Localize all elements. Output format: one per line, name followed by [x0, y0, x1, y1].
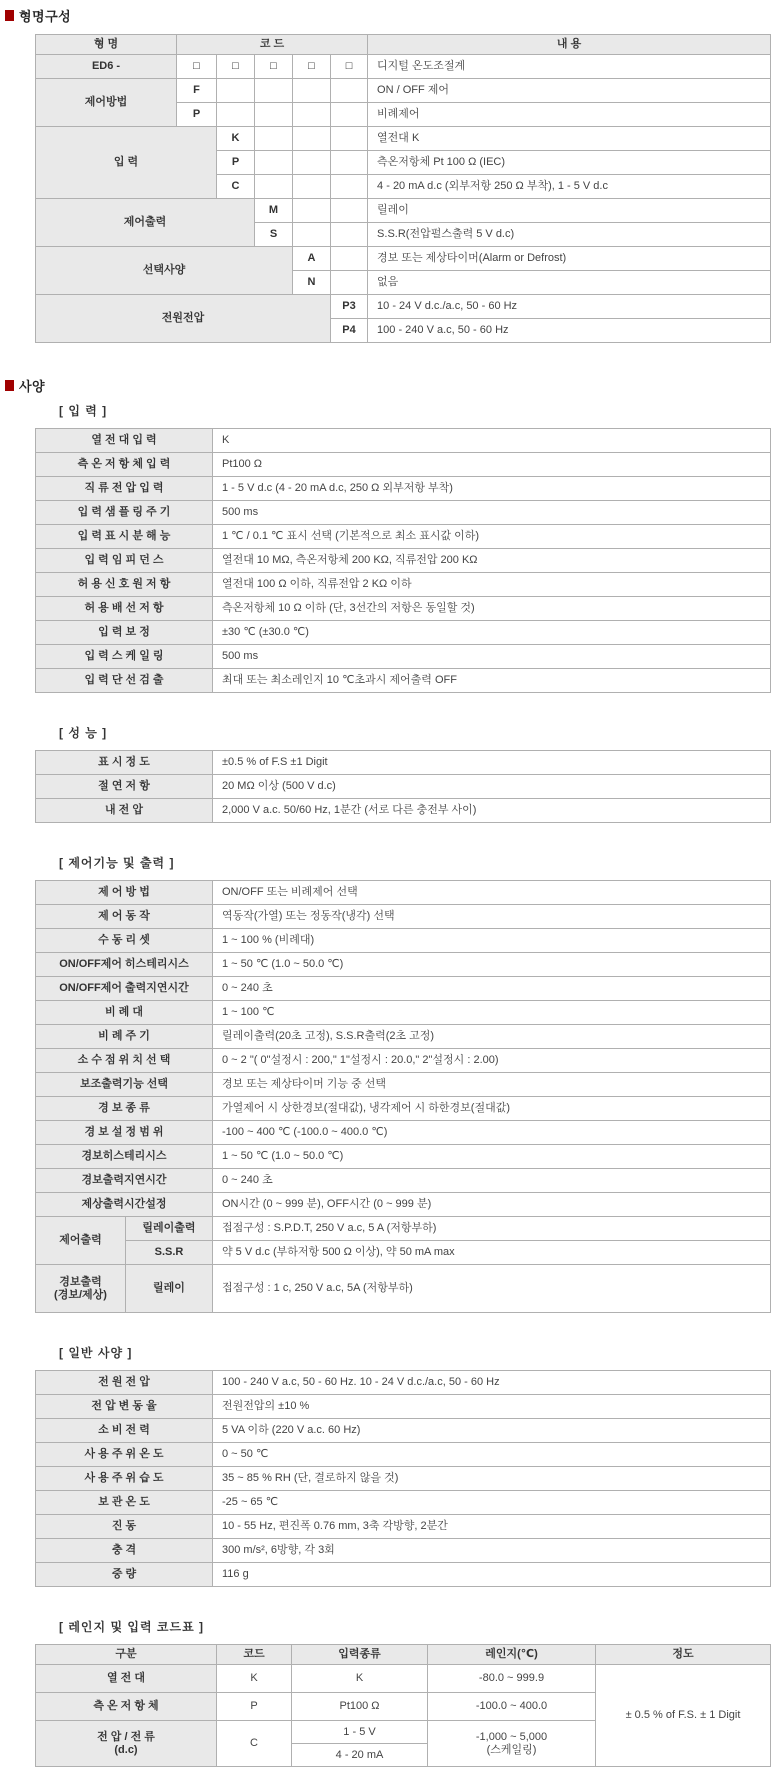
spec-row: 사 용 주 위 온 도0 ~ 50 ℃ — [36, 1443, 771, 1467]
model-group-label: 입 력 — [36, 127, 217, 199]
range-header-cell: 입력종류 — [292, 1645, 428, 1665]
performance-spec-table: 표 시 정 도±0.5 % of F.S ±1 Digit절 연 저 항20 M… — [35, 750, 771, 823]
model-group-label: 제어방법 — [36, 79, 177, 127]
range-category-cell: 전 압 / 전 류(d.c) — [36, 1721, 217, 1767]
empty-code-cell — [217, 79, 255, 103]
spec-label-cell: 보조출력기능 선택 — [36, 1073, 213, 1097]
spec-label-cell: 경 보 종 류 — [36, 1097, 213, 1121]
spec-label-cell: 열 전 대 입 력 — [36, 429, 213, 453]
spec-value-cell: 릴레이출력(20초 고정), S.S.R출력(2초 고정) — [213, 1025, 771, 1049]
range-header-row: 구분코드입력종류레인지(℃)정도 — [36, 1645, 771, 1665]
spec-label-cell: 비 례 대 — [36, 1001, 213, 1025]
spec-value-cell: 116 g — [213, 1563, 771, 1587]
spec-value-cell: 300 m/s², 6방향, 각 3회 — [213, 1539, 771, 1563]
model-group-label: 선택사양 — [36, 247, 293, 295]
spec-row: 입 력 샘 플 링 주 기500 ms — [36, 501, 771, 525]
model-code-cell: C — [217, 175, 255, 199]
model-header-code: 코 드 — [177, 35, 368, 55]
spec-label-cell: 비 례 주 기 — [36, 1025, 213, 1049]
model-code-cell: K — [217, 127, 255, 151]
spec-label-cell: 경보출력지연시간 — [36, 1169, 213, 1193]
model-base-row: ED6 -□□□□□디지털 온도조절계 — [36, 55, 771, 79]
red-square-bullet-icon — [5, 380, 14, 391]
empty-code-cell — [331, 247, 368, 271]
model-base-label: ED6 - — [36, 55, 177, 79]
model-group-label: 전원전압 — [36, 295, 331, 343]
spec-value-cell: K — [213, 429, 771, 453]
output-row: 경보출력(경보/제상)릴레이접점구성 : 1 c, 250 V a.c, 5A … — [36, 1265, 771, 1313]
spec-row: 비 례 주 기릴레이출력(20초 고정), S.S.R출력(2초 고정) — [36, 1025, 771, 1049]
model-code-cell: F — [177, 79, 217, 103]
range-input-type-cell: 1 - 5 V — [292, 1721, 428, 1744]
model-code-cell: P — [177, 103, 217, 127]
spec-value-cell: 가열제어 시 상한경보(절대값), 냉각제어 시 하한경보(절대값) — [213, 1097, 771, 1121]
spec-value-cell: 100 - 240 V a.c, 50 - 60 Hz. 10 - 24 V d… — [213, 1371, 771, 1395]
spec-value-cell: 전원전압의 ±10 % — [213, 1395, 771, 1419]
spec-value-cell: 0 ~ 240 초 — [213, 1169, 771, 1193]
range-category-cell: 측 온 저 항 체 — [36, 1693, 217, 1721]
spec-label-cell: 진 동 — [36, 1515, 213, 1539]
spec-row: 전 원 전 압100 - 240 V a.c, 50 - 60 Hz. 10 -… — [36, 1371, 771, 1395]
spec-label-cell: 사 용 주 위 온 도 — [36, 1443, 213, 1467]
empty-code-cell — [331, 223, 368, 247]
spec-row: 소 비 전 력5 VA 이하 (220 V a.c. 60 Hz) — [36, 1419, 771, 1443]
model-group-row: 제어출력M릴레이 — [36, 199, 771, 223]
spec-label-cell: 전 원 전 압 — [36, 1371, 213, 1395]
empty-code-cell — [293, 199, 331, 223]
spec-label-cell: 제 어 방 법 — [36, 881, 213, 905]
model-group-row: 입 력K열전대 K — [36, 127, 771, 151]
range-input-type-cell: K — [292, 1665, 428, 1693]
spec-row: 경보히스테리시스1 ~ 50 ℃ (1.0 ~ 50.0 ℃) — [36, 1145, 771, 1169]
spec-value-cell: 0 ~ 240 초 — [213, 977, 771, 1001]
model-desc-cell: 측온저항체 Pt 100 Ω (IEC) — [368, 151, 771, 175]
spec-value-cell: -25 ~ 65 ℃ — [213, 1491, 771, 1515]
spec-label-cell: 소 수 점 위 치 선 택 — [36, 1049, 213, 1073]
subsection-title-control: [ 제어기능 및 출력 ] — [59, 854, 770, 871]
model-code-cell: M — [255, 199, 293, 223]
spec-row: 제 어 동 작역동작(가열) 또는 정동작(냉각) 선택 — [36, 905, 771, 929]
spec-label-cell: 표 시 정 도 — [36, 751, 213, 775]
spec-label-cell: 허 용 배 선 저 항 — [36, 597, 213, 621]
spec-row: 수 동 리 셋1 ~ 100 % (비례대) — [36, 929, 771, 953]
spec-value-cell: 1 ℃ / 0.1 ℃ 표시 선택 (기본적으로 최소 표시값 이하) — [213, 525, 771, 549]
spec-row: 충 격300 m/s², 6방향, 각 3회 — [36, 1539, 771, 1563]
code-placeholder-box: □ — [217, 55, 255, 79]
spec-value-cell: 10 - 55 Hz, 편진폭 0.76 mm, 3축 각방향, 2분간 — [213, 1515, 771, 1539]
model-code-cell: P — [217, 151, 255, 175]
spec-value-cell: 최대 또는 최소레인지 10 ℃초과시 제어출력 OFF — [213, 669, 771, 693]
range-category-cell: 열 전 대 — [36, 1665, 217, 1693]
spec-label-cell: 직 류 전 압 입 력 — [36, 477, 213, 501]
spec-label-cell: 보 관 온 도 — [36, 1491, 213, 1515]
range-input-code-table: 구분코드입력종류레인지(℃)정도열 전 대KK-80.0 ~ 999.9± 0.… — [35, 1644, 771, 1767]
section-title-model: 형명구성 — [19, 6, 71, 25]
model-group-row: 전원전압P310 - 24 V d.c./a.c, 50 - 60 Hz — [36, 295, 771, 319]
empty-code-cell — [293, 223, 331, 247]
subsection-title-range: [ 레인지 및 입력 코드표 ] — [59, 1618, 770, 1635]
spec-label-cell: 허 용 신 호 원 저 항 — [36, 573, 213, 597]
spec-row: 경 보 종 류가열제어 시 상한경보(절대값), 냉각제어 시 하한경보(절대값… — [36, 1097, 771, 1121]
spec-row: 중 량116 g — [36, 1563, 771, 1587]
spec-row: 비 례 대1 ~ 100 ℃ — [36, 1001, 771, 1025]
spec-row: 입 력 임 피 던 스열전대 10 MΩ, 측온저항체 200 KΩ, 직류전압… — [36, 549, 771, 573]
model-desc-cell: ON / OFF 제어 — [368, 79, 771, 103]
empty-code-cell — [255, 175, 293, 199]
spec-label-cell: 입 력 임 피 던 스 — [36, 549, 213, 573]
spec-label-cell: 입 력 표 시 분 해 능 — [36, 525, 213, 549]
model-desc-cell: 4 - 20 mA d.c (외부저항 250 Ω 부착), 1 - 5 V d… — [368, 175, 771, 199]
spec-value-cell: 1 ~ 100 ℃ — [213, 1001, 771, 1025]
spec-label-cell: 입 력 스 케 일 링 — [36, 645, 213, 669]
spec-row: 내 전 압2,000 V a.c. 50/60 Hz, 1분간 (서로 다른 충… — [36, 799, 771, 823]
spec-row: ON/OFF제어 출력지연시간0 ~ 240 초 — [36, 977, 771, 1001]
output-sub-label: 릴레이출력 — [126, 1217, 213, 1241]
spec-value-cell: 35 ~ 85 % RH (단, 결로하지 않을 것) — [213, 1467, 771, 1491]
empty-code-cell — [293, 175, 331, 199]
model-header-desc: 내 용 — [368, 35, 771, 55]
spec-row: 표 시 정 도±0.5 % of F.S ±1 Digit — [36, 751, 771, 775]
section-title-spec: 사양 — [19, 376, 45, 395]
spec-value-cell: 열전대 10 MΩ, 측온저항체 200 KΩ, 직류전압 200 KΩ — [213, 549, 771, 573]
spec-label-cell: 사 용 주 위 습 도 — [36, 1467, 213, 1491]
spec-value-cell: 측온저항체 10 Ω 이하 (단, 3선간의 저항은 동일할 것) — [213, 597, 771, 621]
empty-code-cell — [293, 103, 331, 127]
empty-code-cell — [331, 103, 368, 127]
model-code-cell: P3 — [331, 295, 368, 319]
spec-row: 입 력 보 정±30 ℃ (±30.0 ℃) — [36, 621, 771, 645]
spec-value-cell: 1 ~ 50 ℃ (1.0 ~ 50.0 ℃) — [213, 953, 771, 977]
range-range-cell: -80.0 ~ 999.9 — [428, 1665, 596, 1693]
model-desc-cell: 100 - 240 V a.c, 50 - 60 Hz — [368, 319, 771, 343]
model-header-row: 형 명코 드내 용 — [36, 35, 771, 55]
spec-label-cell: 입 력 샘 플 링 주 기 — [36, 501, 213, 525]
spec-row: 경보출력지연시간0 ~ 240 초 — [36, 1169, 771, 1193]
model-group-row: 선택사양A경보 또는 제상타이머(Alarm or Defrost) — [36, 247, 771, 271]
spec-label-cell: 소 비 전 력 — [36, 1419, 213, 1443]
spec-row: 제상출력시간설정ON시간 (0 ~ 999 분), OFF시간 (0 ~ 999… — [36, 1193, 771, 1217]
empty-code-cell — [255, 79, 293, 103]
range-code-cell: K — [217, 1665, 292, 1693]
output-sub-label: 릴레이 — [126, 1265, 213, 1313]
model-desc-cell: 릴레이 — [368, 199, 771, 223]
output-group-label: 제어출력 — [36, 1217, 126, 1265]
spec-row: 제 어 방 법ON/OFF 또는 비례제어 선택 — [36, 881, 771, 905]
spec-row: 절 연 저 항20 MΩ 이상 (500 V d.c) — [36, 775, 771, 799]
control-output-spec-table: 제 어 방 법ON/OFF 또는 비례제어 선택제 어 동 작역동작(가열) 또… — [35, 880, 771, 1313]
output-row: S.S.R약 5 V d.c (부하저항 500 Ω 이상), 약 50 mA … — [36, 1241, 771, 1265]
spec-value-cell: ±30 ℃ (±30.0 ℃) — [213, 621, 771, 645]
spec-value-cell: 500 ms — [213, 501, 771, 525]
model-header-name: 형 명 — [36, 35, 177, 55]
spec-row: 전 압 변 동 율전원전압의 ±10 % — [36, 1395, 771, 1419]
spec-value-cell: 열전대 100 Ω 이하, 직류전압 2 KΩ 이하 — [213, 573, 771, 597]
spec-value-cell: 2,000 V a.c. 50/60 Hz, 1분간 (서로 다른 충전부 사이… — [213, 799, 771, 823]
spec-value-cell: 0 ~ 50 ℃ — [213, 1443, 771, 1467]
spec-label-cell: 입 력 단 선 검 출 — [36, 669, 213, 693]
range-row: 열 전 대KK-80.0 ~ 999.9± 0.5 % of F.S. ± 1 … — [36, 1665, 771, 1693]
input-spec-table: 열 전 대 입 력K측 온 저 항 체 입 력Pt100 Ω직 류 전 압 입 … — [35, 428, 771, 693]
spec-value-cell: 5 VA 이하 (220 V a.c. 60 Hz) — [213, 1419, 771, 1443]
code-placeholder-box: □ — [293, 55, 331, 79]
spec-label-cell: 절 연 저 항 — [36, 775, 213, 799]
spec-label-cell: 수 동 리 셋 — [36, 929, 213, 953]
spec-value-cell: 역동작(가열) 또는 정동작(냉각) 선택 — [213, 905, 771, 929]
spec-row: 직 류 전 압 입 력1 - 5 V d.c (4 - 20 mA d.c, 2… — [36, 477, 771, 501]
model-group-row: 제어방법FON / OFF 제어 — [36, 79, 771, 103]
spec-label-cell: ON/OFF제어 출력지연시간 — [36, 977, 213, 1001]
spec-value-cell: 0 ~ 2 "( 0"설정시 : 200," 1"설정시 : 20.0," 2"… — [213, 1049, 771, 1073]
spec-row: 진 동10 - 55 Hz, 편진폭 0.76 mm, 3축 각방향, 2분간 — [36, 1515, 771, 1539]
spec-value-cell: ON/OFF 또는 비례제어 선택 — [213, 881, 771, 905]
model-desc-cell: 10 - 24 V d.c./a.c, 50 - 60 Hz — [368, 295, 771, 319]
model-desc-cell: 경보 또는 제상타이머(Alarm or Defrost) — [368, 247, 771, 271]
range-code-cell: C — [217, 1721, 292, 1767]
range-input-type-cell: 4 - 20 mA — [292, 1744, 428, 1767]
output-row: 제어출력릴레이출력접점구성 : S.P.D.T, 250 V a.c, 5 A … — [36, 1217, 771, 1241]
output-value-cell: 약 5 V d.c (부하저항 500 Ω 이상), 약 50 mA max — [213, 1241, 771, 1265]
range-header-cell: 정도 — [596, 1645, 771, 1665]
spec-value-cell: 1 ~ 100 % (비례대) — [213, 929, 771, 953]
spec-label-cell: ON/OFF제어 히스테리시스 — [36, 953, 213, 977]
model-code-cell: A — [293, 247, 331, 271]
spec-value-cell: 경보 또는 제상타이머 기능 중 선택 — [213, 1073, 771, 1097]
subsection-title-general: [ 일반 사양 ] — [59, 1344, 770, 1361]
empty-code-cell — [293, 79, 331, 103]
model-code-cell: S — [255, 223, 293, 247]
range-range-cell: -1,000 ~ 5,000(스케일링) — [428, 1721, 596, 1767]
spec-label-cell: 측 온 저 항 체 입 력 — [36, 453, 213, 477]
spec-row: 보조출력기능 선택경보 또는 제상타이머 기능 중 선택 — [36, 1073, 771, 1097]
empty-code-cell — [293, 151, 331, 175]
spec-row: 사 용 주 위 습 도35 ~ 85 % RH (단, 결로하지 않을 것) — [36, 1467, 771, 1491]
model-composition-table: 형 명코 드내 용ED6 -□□□□□디지털 온도조절계제어방법FON / OF… — [35, 34, 771, 343]
spec-value-cell: ±0.5 % of F.S ±1 Digit — [213, 751, 771, 775]
model-desc-cell: 비례제어 — [368, 103, 771, 127]
code-placeholder-box: □ — [177, 55, 217, 79]
spec-row: 열 전 대 입 력K — [36, 429, 771, 453]
empty-code-cell — [331, 151, 368, 175]
subsection-title-performance: [ 성 능 ] — [59, 724, 770, 741]
general-spec-table: 전 원 전 압100 - 240 V a.c, 50 - 60 Hz. 10 -… — [35, 1370, 771, 1587]
model-desc-cell: S.S.R(전압펄스출력 5 V d.c) — [368, 223, 771, 247]
spec-label-cell: 중 량 — [36, 1563, 213, 1587]
spec-row: 보 관 온 도-25 ~ 65 ℃ — [36, 1491, 771, 1515]
spec-label-cell: 제상출력시간설정 — [36, 1193, 213, 1217]
spec-row: 측 온 저 항 체 입 력Pt100 Ω — [36, 453, 771, 477]
range-range-cell: -100.0 ~ 400.0 — [428, 1693, 596, 1721]
spec-value-cell: 20 MΩ 이상 (500 V d.c) — [213, 775, 771, 799]
model-desc-cell: 없음 — [368, 271, 771, 295]
code-placeholder-box: □ — [331, 55, 368, 79]
empty-code-cell — [331, 271, 368, 295]
spec-label-cell: 제 어 동 작 — [36, 905, 213, 929]
model-base-desc: 디지털 온도조절계 — [368, 55, 771, 79]
empty-code-cell — [331, 127, 368, 151]
model-desc-cell: 열전대 K — [368, 127, 771, 151]
spec-label-cell: 경 보 설 정 범 위 — [36, 1121, 213, 1145]
empty-code-cell — [217, 103, 255, 127]
spec-value-cell: ON시간 (0 ~ 999 분), OFF시간 (0 ~ 999 분) — [213, 1193, 771, 1217]
spec-value-cell: Pt100 Ω — [213, 453, 771, 477]
spec-row: 허 용 배 선 저 항측온저항체 10 Ω 이하 (단, 3선간의 저항은 동일… — [36, 597, 771, 621]
spec-value-cell: -100 ~ 400 ℃ (-100.0 ~ 400.0 ℃) — [213, 1121, 771, 1145]
spec-row: 입 력 스 케 일 링500 ms — [36, 645, 771, 669]
spec-row: ON/OFF제어 히스테리시스1 ~ 50 ℃ (1.0 ~ 50.0 ℃) — [36, 953, 771, 977]
spec-row: 소 수 점 위 치 선 택0 ~ 2 "( 0"설정시 : 200," 1"설정… — [36, 1049, 771, 1073]
spec-value-cell: 1 ~ 50 ℃ (1.0 ~ 50.0 ℃) — [213, 1145, 771, 1169]
empty-code-cell — [255, 127, 293, 151]
output-value-cell: 접점구성 : 1 c, 250 V a.c, 5A (저항부하) — [213, 1265, 771, 1313]
section-specifications: 사양 — [5, 376, 770, 395]
spec-label-cell: 전 압 변 동 율 — [36, 1395, 213, 1419]
spec-label-cell: 충 격 — [36, 1539, 213, 1563]
spec-document: 형명구성 형 명코 드내 용ED6 -□□□□□디지털 온도조절계제어방법FON… — [0, 0, 780, 1781]
spec-label-cell: 내 전 압 — [36, 799, 213, 823]
range-input-type-cell: Pt100 Ω — [292, 1693, 428, 1721]
range-accuracy-cell: ± 0.5 % of F.S. ± 1 Digit — [596, 1665, 771, 1767]
range-header-cell: 레인지(℃) — [428, 1645, 596, 1665]
red-square-bullet-icon — [5, 10, 14, 21]
code-placeholder-box: □ — [255, 55, 293, 79]
model-code-cell: N — [293, 271, 331, 295]
range-header-cell: 구분 — [36, 1645, 217, 1665]
section-model-composition: 형명구성 — [5, 6, 770, 25]
subsection-title-input: [ 입 력 ] — [59, 402, 770, 419]
empty-code-cell — [331, 79, 368, 103]
empty-code-cell — [255, 151, 293, 175]
spec-row: 입 력 표 시 분 해 능1 ℃ / 0.1 ℃ 표시 선택 (기본적으로 최소… — [36, 525, 771, 549]
spec-label-cell: 경보히스테리시스 — [36, 1145, 213, 1169]
range-code-cell: P — [217, 1693, 292, 1721]
output-sub-label: S.S.R — [126, 1241, 213, 1265]
range-header-cell: 코드 — [217, 1645, 292, 1665]
empty-code-cell — [255, 103, 293, 127]
model-group-label: 제어출력 — [36, 199, 255, 247]
output-group-label: 경보출력(경보/제상) — [36, 1265, 126, 1313]
empty-code-cell — [293, 127, 331, 151]
spec-row: 입 력 단 선 검 출최대 또는 최소레인지 10 ℃초과시 제어출력 OFF — [36, 669, 771, 693]
spec-row: 경 보 설 정 범 위-100 ~ 400 ℃ (-100.0 ~ 400.0 … — [36, 1121, 771, 1145]
empty-code-cell — [331, 199, 368, 223]
output-value-cell: 접점구성 : S.P.D.T, 250 V a.c, 5 A (저항부하) — [213, 1217, 771, 1241]
spec-value-cell: 500 ms — [213, 645, 771, 669]
empty-code-cell — [331, 175, 368, 199]
spec-row: 허 용 신 호 원 저 항열전대 100 Ω 이하, 직류전압 2 KΩ 이하 — [36, 573, 771, 597]
model-code-cell: P4 — [331, 319, 368, 343]
spec-label-cell: 입 력 보 정 — [36, 621, 213, 645]
spec-value-cell: 1 - 5 V d.c (4 - 20 mA d.c, 250 Ω 외부저항 부… — [213, 477, 771, 501]
